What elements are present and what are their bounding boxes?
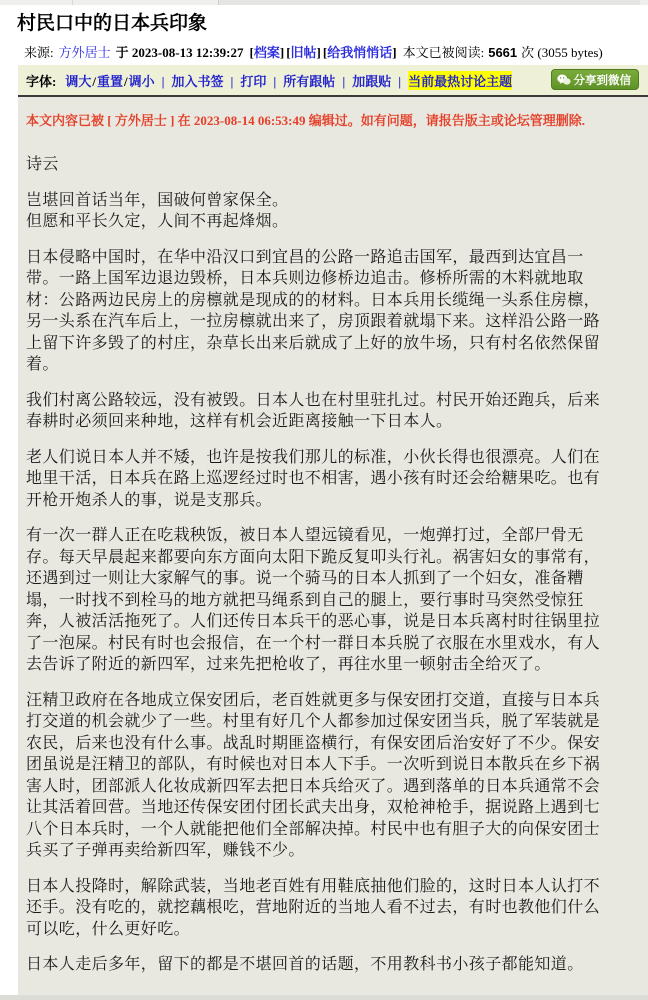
font-link[interactable]: 重置 — [97, 74, 123, 89]
poem: 岂堪回首话当年，国破何曾家保全。但愿和平长久定，人间不再起烽烟。 — [26, 190, 612, 233]
top-edge-strip — [0, 0, 648, 5]
font-link[interactable]: 调小 — [129, 74, 155, 89]
article-body: 诗云岂堪回首话当年，国破何曾家保全。但愿和平长久定，人间不再起烽烟。日本侵略中国… — [26, 154, 612, 976]
pipe-separator: | — [342, 74, 345, 89]
source-link-label: 档案 — [254, 45, 280, 60]
article-paragraph: 有一次一群人正在吃栽秧饭，被日本人望远镜看见，一炮弹打过，全部尸骨无存。每天早晨… — [26, 525, 612, 676]
source-link[interactable]: [给我悄悄话] — [323, 45, 397, 60]
font-size-label: 字体: — [26, 71, 56, 90]
article-paragraph: 日本人走后多年，留下的都是不堪回首的话题，不用教科书小孩子都能知道。 — [26, 954, 612, 976]
wechat-icon — [557, 74, 571, 86]
bottom-edge-strip — [0, 995, 648, 1000]
bracket-close: ] — [392, 45, 396, 60]
hot-topics-link[interactable]: 当前最热讨论主题 — [408, 71, 512, 90]
toolbar-link[interactable]: 加跟贴 — [352, 74, 391, 89]
read-count-text: 本文已被阅读:5661次 (3055 bytes) — [403, 45, 603, 60]
share-button-label: 分享到微信 — [574, 72, 632, 88]
read-count: 5661 — [488, 45, 517, 60]
pipe-separator: | — [231, 74, 234, 89]
toolbar-link[interactable]: 打印 — [240, 74, 266, 89]
poem-line: 但愿和平长久定，人间不再起烽烟。 — [26, 211, 612, 233]
article-paragraph: 日本人投降时，解除武装，当地老百姓有用鞋底抽他们脸的，这时日本人认打不还手。没有… — [26, 876, 612, 941]
source-link-label: 旧帖 — [291, 45, 317, 60]
post-header: 村民口中的日本兵印象 来源:方外居士于 2023-08-13 12:39:27[… — [0, 5, 648, 65]
toolbar-link[interactable]: 加入书签 — [172, 74, 224, 89]
bracket-close: ] — [280, 45, 284, 60]
poem-intro: 诗云 — [26, 154, 612, 176]
source-line: 来源:方外居士于 2023-08-13 12:39:27[档案][旧帖][给我悄… — [17, 45, 638, 61]
pipe-separator: | — [398, 74, 401, 89]
article-paragraph: 老人们说日本人并不矮，也许是按我们那儿的标准，小伙长得也很漂亮。人们在地里干活，… — [26, 447, 612, 512]
toolbar-link[interactable]: 所有跟帖 — [283, 74, 335, 89]
bracket-close: ] — [317, 45, 321, 60]
share-to-wechat-button[interactable]: 分享到微信 — [551, 69, 640, 90]
source-label: 来源: — [24, 45, 54, 60]
page-title: 村民口中的日本兵印象 — [17, 13, 638, 35]
font-link[interactable]: 调大 — [65, 74, 91, 89]
source-action-links: [档案][旧帖][给我悄悄话] — [248, 45, 397, 60]
source-link-label: 给我悄悄话 — [327, 45, 392, 60]
slash-separator: / — [92, 74, 96, 89]
source-link[interactable]: [旧帖] — [286, 45, 321, 60]
toolbar-links: 调大/重置/调小|加入书签|打印|所有跟帖|加跟贴| — [65, 71, 408, 90]
toolbar: 字体: 调大/重置/调小|加入书签|打印|所有跟帖|加跟贴| 当前最热讨论主题 … — [18, 65, 648, 95]
article-paragraph: 我们村离公路较远，没有被毁。日本人也在村里驻扎过。村民开始还跑兵，后来春耕时必须… — [26, 390, 612, 433]
pipe-separator: | — [162, 74, 165, 89]
top-strip-segment — [218, 0, 640, 5]
source-link[interactable]: [档案] — [249, 45, 284, 60]
top-strip-divider — [72, 0, 73, 5]
article-paragraph: 日本侵略中国时，在华中沿汉口到宜昌的公路一路追击国军，最西到达宜昌一带。一路上国… — [26, 247, 612, 376]
author-link[interactable]: 方外居士 — [59, 45, 111, 60]
edit-notice: 本文内容已被 [ 方外居士 ] 在 2023-08-14 06:53:49 编辑… — [26, 113, 612, 128]
poem-line: 岂堪回首话当年，国破何曾家保全。 — [26, 190, 612, 212]
pipe-separator: | — [273, 74, 276, 89]
post-datetime: 于 2023-08-13 12:39:27 — [116, 45, 244, 60]
article-content: 本文内容已被 [ 方外居士 ] 在 2023-08-14 06:53:49 编辑… — [18, 97, 648, 995]
slash-separator: / — [124, 74, 128, 89]
article-paragraph: 汪精卫政府在各地成立保安团后，老百姓就更多与保安团打交道，直接与日本兵打交道的机… — [26, 690, 612, 862]
